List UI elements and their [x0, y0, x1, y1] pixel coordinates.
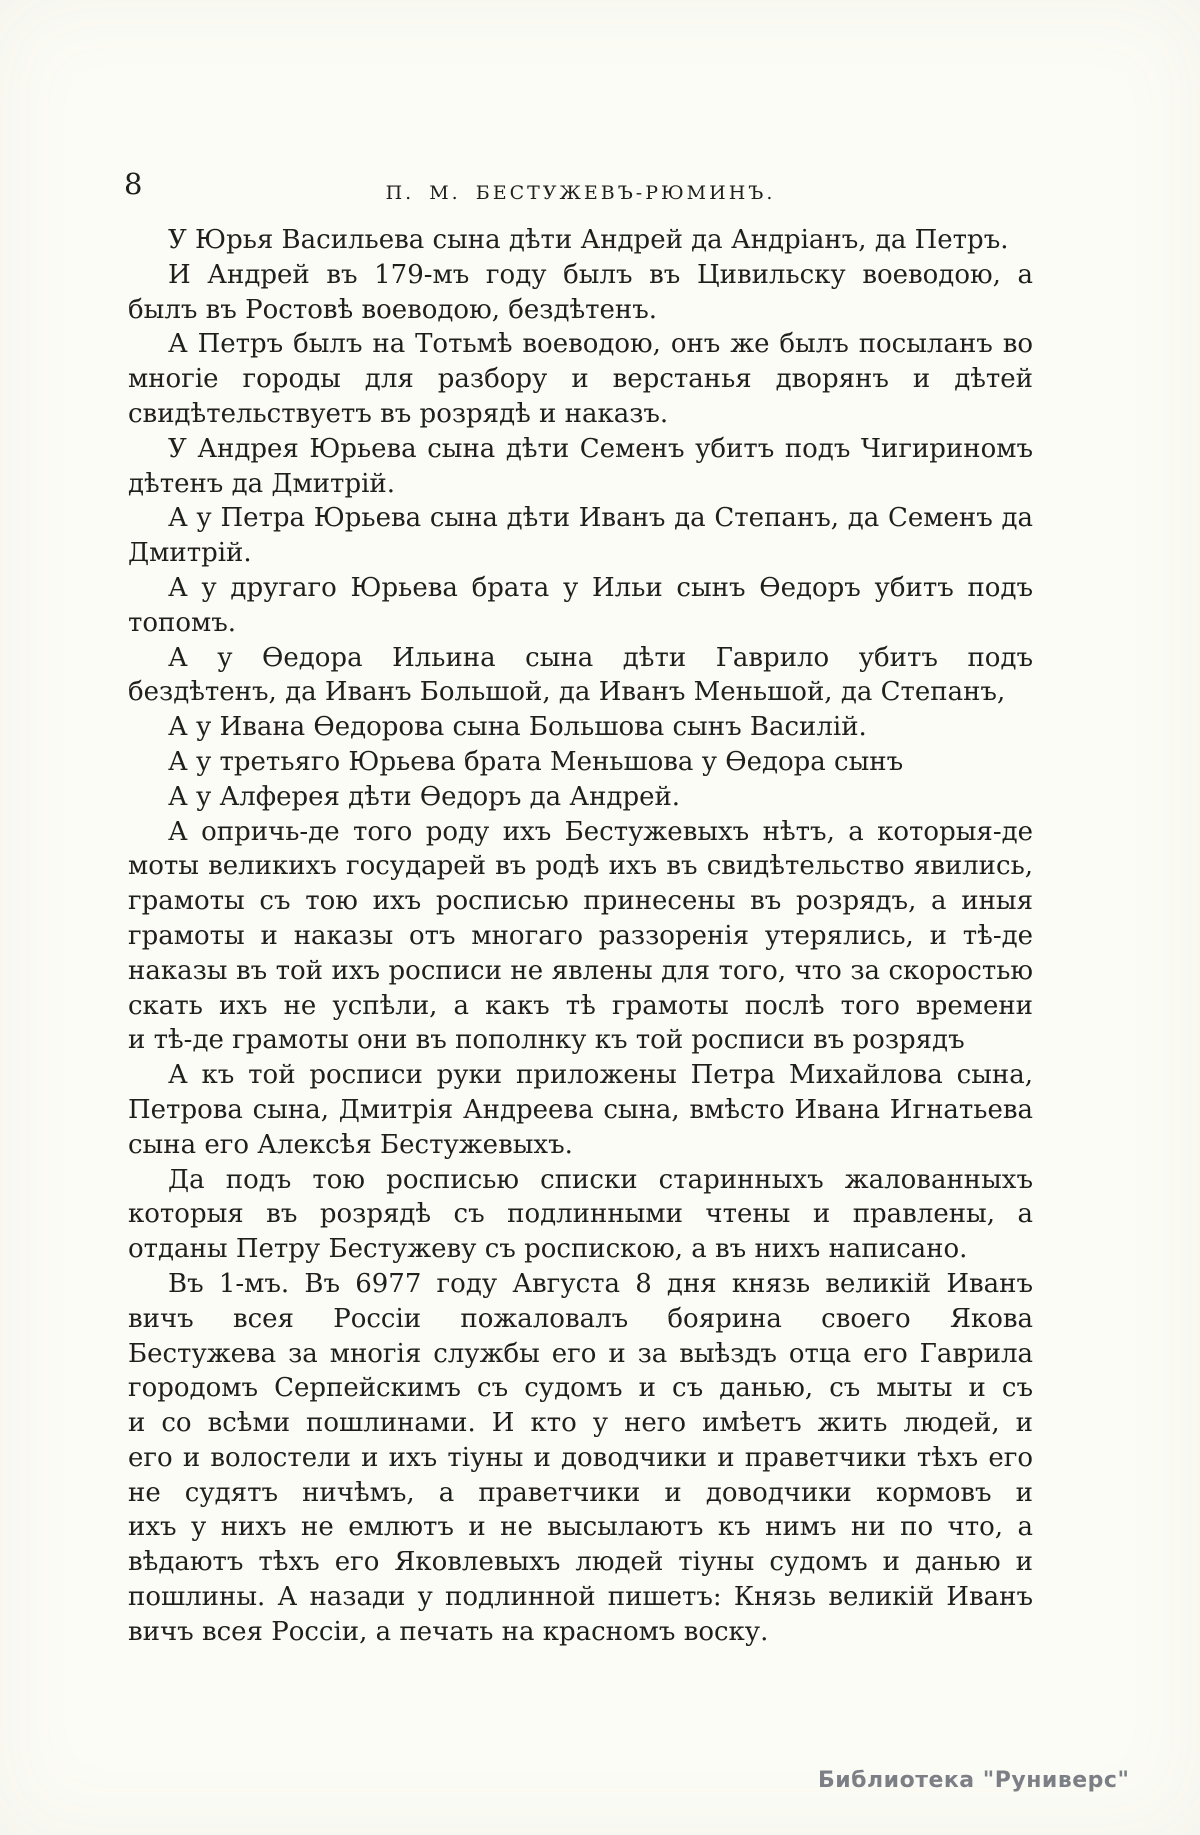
- page-body-text: У Юрья Васильева сына дѣти Андрей да Анд…: [128, 223, 1033, 1650]
- running-title: П. М. БЕСТУЖЕВЪ-РЮМИНЪ.: [128, 182, 1033, 204]
- text-line: Петрова сына, Дмитрія Андреева сына, вмѣ…: [128, 1093, 1033, 1128]
- text-line: топомъ.: [128, 606, 1033, 641]
- library-watermark: Библиотека "Руниверс": [818, 1768, 1129, 1793]
- text-line: А у Ѳедора Ильина сына дѣти Гаврило убит…: [128, 641, 1033, 676]
- text-line: и со всѣми пошлинами. И кто у него имѣет…: [128, 1406, 1033, 1441]
- text-line: Бестужева за многія службы его и за выѣз…: [128, 1337, 1033, 1372]
- text-line: А Петръ былъ на Тотьмѣ воеводою, онъ же …: [128, 327, 1033, 362]
- text-line: бездѣтенъ, да Иванъ Большой, да Иванъ Ме…: [128, 675, 1033, 710]
- text-line: У Юрья Васильева сына дѣти Андрей да Анд…: [128, 223, 1033, 258]
- text-line: грамоты и наказы отъ многаго раззоренія …: [128, 919, 1033, 954]
- text-line: грамоты съ тою ихъ росписью принесены въ…: [128, 884, 1033, 919]
- text-line: А къ той росписи руки приложены Петра Ми…: [128, 1058, 1033, 1093]
- text-line: ихъ у нихъ не емлютъ и не высылаютъ къ н…: [128, 1510, 1033, 1545]
- text-line: пошлины. А назади у подлинной пишетъ: Кн…: [128, 1580, 1033, 1615]
- text-line: вѣдаютъ тѣхъ его Яковлевыхъ людей тіуны …: [128, 1545, 1033, 1580]
- text-line: И Андрей въ 179-мъ году былъ въ Цивильск…: [128, 258, 1033, 293]
- text-line: сына его Алексѣя Бестужевыхъ.: [128, 1128, 1033, 1163]
- text-line: свидѣтельствуетъ въ розрядѣ и наказъ.: [128, 397, 1033, 432]
- text-line: У Андрея Юрьева сына дѣти Семенъ убитъ п…: [128, 432, 1033, 467]
- text-line: которыя въ розрядѣ съ подлинными чтены и…: [128, 1197, 1033, 1232]
- text-line: городомъ Серпейскимъ съ судомъ и съ дань…: [128, 1371, 1033, 1406]
- text-line: А у третьяго Юрьева брата Меньшова у Ѳед…: [128, 745, 1033, 780]
- text-line: его и волостели и ихъ тіуны и доводчики …: [128, 1441, 1033, 1476]
- text-line: Дмитрій.: [128, 536, 1033, 571]
- text-line: наказы въ той ихъ росписи не явлены для …: [128, 954, 1033, 989]
- text-line: А у Ивана Ѳедорова сына Большова сынъ Ва…: [128, 710, 1033, 745]
- text-line: моты великихъ государей въ родѣ ихъ въ с…: [128, 849, 1033, 884]
- book-page: 8 П. М. БЕСТУЖЕВЪ-РЮМИНЪ. У Юрья Василье…: [0, 0, 1200, 1835]
- text-line: А у другаго Юрьева брата у Ильи сынъ Ѳед…: [128, 571, 1033, 606]
- text-line: и тѣ-де грамоты они въ пополнку къ той р…: [128, 1023, 1033, 1058]
- text-line: А у Алферея дѣти Ѳедоръ да Андрей.: [128, 780, 1033, 815]
- text-line: отданы Петру Бестужеву съ роспискою, а в…: [128, 1232, 1033, 1267]
- text-line: А опричь-де того роду ихъ Бестужевыхъ нѣ…: [128, 815, 1033, 850]
- text-line: А у Петра Юрьева сына дѣти Иванъ да Степ…: [128, 501, 1033, 536]
- text-line: Да подъ тою росписью списки старинныхъ ж…: [128, 1163, 1033, 1198]
- text-line: былъ въ Ростовѣ воеводою, бездѣтенъ.: [128, 293, 1033, 328]
- text-line: скать ихъ не успѣли, а какъ тѣ грамоты п…: [128, 989, 1033, 1024]
- text-line: вичъ всея Россіи пожаловалъ боярина свое…: [128, 1302, 1033, 1337]
- text-line: Въ 1-мъ. Въ 6977 году Августа 8 дня княз…: [128, 1267, 1033, 1302]
- text-line: вичъ всея Россіи, а печать на красномъ в…: [128, 1615, 1033, 1650]
- text-line: многіе городы для разбору и верстанья дв…: [128, 362, 1033, 397]
- text-line: не судятъ ничѣмъ, а праветчики и доводчи…: [128, 1476, 1033, 1511]
- text-line: дѣтенъ да Дмитрій.: [128, 467, 1033, 502]
